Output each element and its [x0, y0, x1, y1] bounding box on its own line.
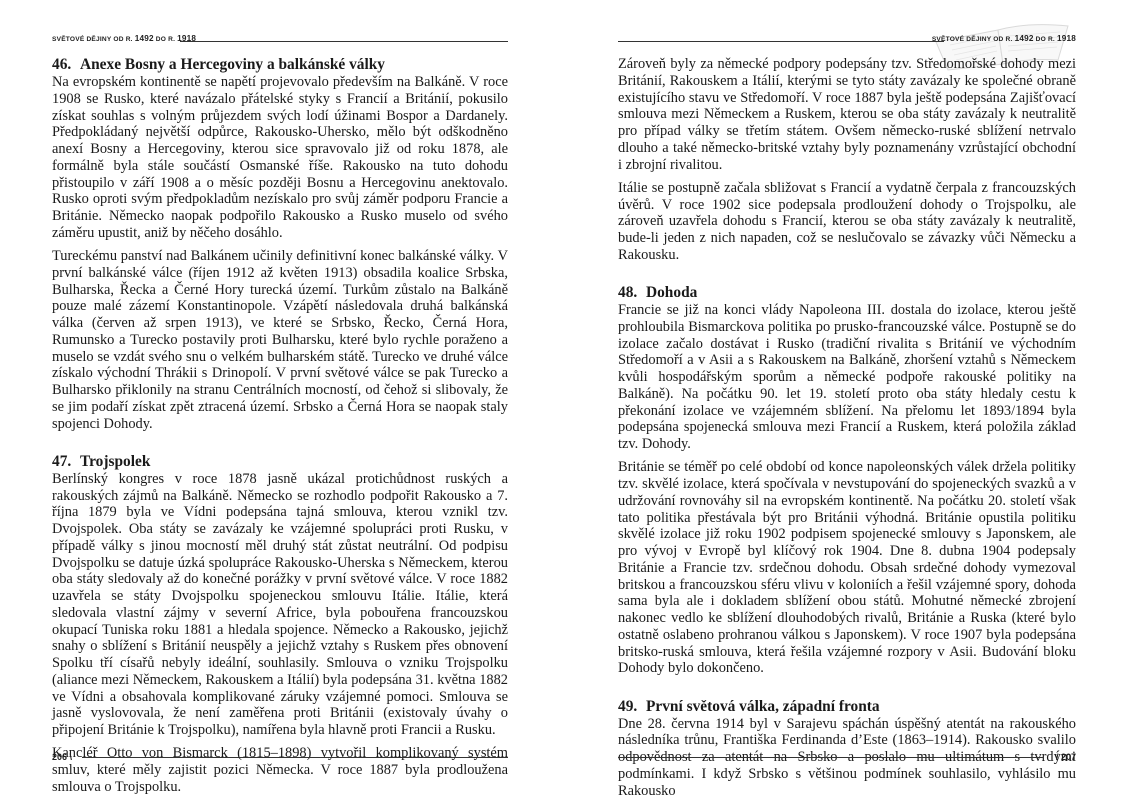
section-heading-49: 49.První světová válka, západní fronta — [618, 698, 1076, 716]
left-page-body: 46.Anexe Bosny a Hercegoviny a balkánské… — [52, 56, 508, 800]
footer-rule — [618, 757, 1044, 758]
page-number-left: 206 \ — [52, 752, 72, 762]
paragraph: Itálie se postupně začala sbližovat s Fr… — [618, 180, 1076, 264]
paragraph: Kancléř Otto von Bismarck (1815–1898) vy… — [52, 745, 508, 795]
section-heading-46: 46.Anexe Bosny a Hercegoviny a balkánské… — [52, 56, 508, 74]
paragraph: Británie se téměř po celé období od konc… — [618, 459, 1076, 677]
footer-rule — [82, 757, 508, 758]
paragraph: Zároveň byly za německé podpory podepsán… — [618, 56, 1076, 173]
paragraph: Berlínský kongres v roce 1878 jasně ukáz… — [52, 471, 508, 739]
paragraph: Tureckému panství nad Balkánem učinily d… — [52, 248, 508, 432]
left-page: Světové dějiny od r. 1492 do r. 1918 46.… — [52, 0, 508, 800]
right-page: Světové dějiny od r. 1492 do r. 1918 Zár… — [618, 0, 1076, 800]
running-header-right: Světové dějiny od r. 1492 do r. 1918 — [932, 34, 1076, 43]
paragraph: Na evropském kontinentě se napětí projev… — [52, 74, 508, 242]
header-rule — [618, 41, 944, 42]
page-number-right: / 207 — [1056, 752, 1076, 762]
section-heading-47: 47.Trojspolek — [52, 453, 508, 471]
section-heading-48: 48.Dohoda — [618, 284, 1076, 302]
header-rule — [180, 41, 508, 42]
paragraph: Francie se již na konci vlády Napoleona … — [618, 302, 1076, 453]
right-page-body: Zároveň byly za německé podpory podepsán… — [618, 56, 1076, 800]
running-header-left: Světové dějiny od r. 1492 do r. 1918 — [52, 34, 196, 43]
